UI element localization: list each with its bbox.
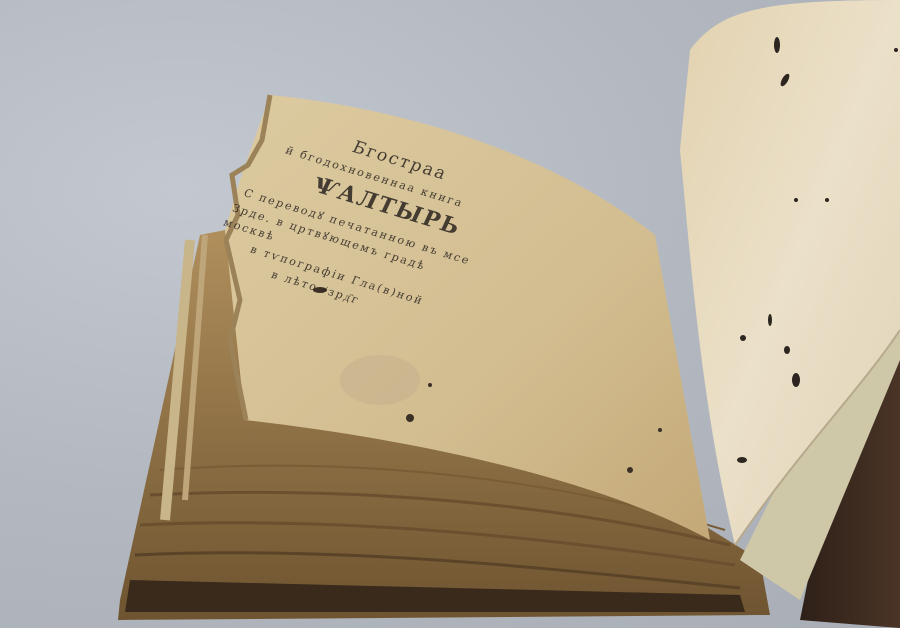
book-illustration [0, 0, 900, 628]
book-photo: Бгостраа й бгодохновеннаа книга ѰАЛТЫРЬ … [0, 0, 900, 628]
